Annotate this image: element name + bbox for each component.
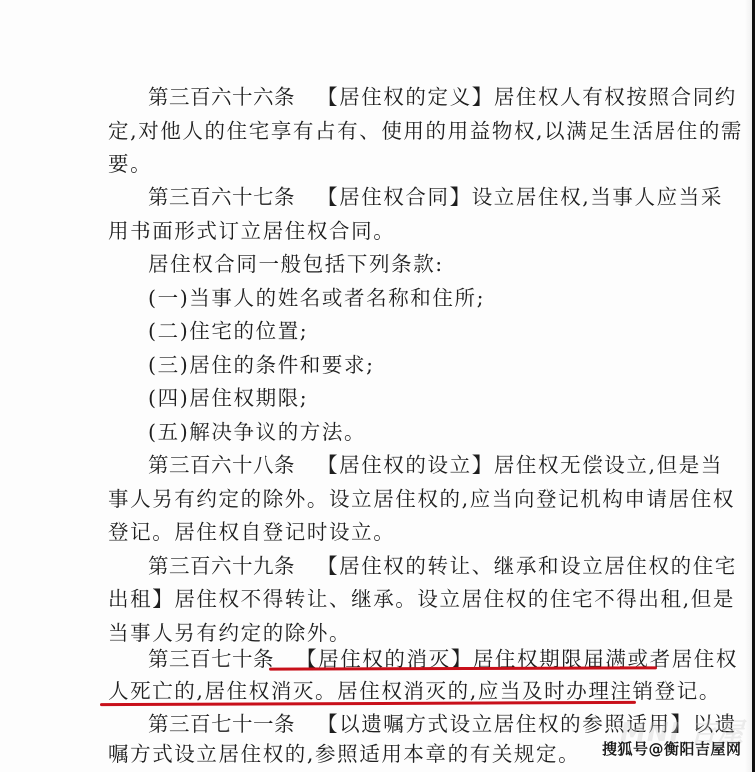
watermark-credit: 搜狐号@衡阳吉屋网 [602, 738, 742, 759]
article-371-line-2: 嘱方式设立居住权的,参照适用本章的有关规定。 [108, 741, 580, 767]
article-title: 【居住权合同】 [317, 185, 472, 209]
clause-item: (二)住宅的位置; [148, 318, 308, 344]
document-page: 第三百六十六条【居住权的定义】居住权人有权按照合同约 定,对他人的住宅享有占有、… [0, 0, 753, 772]
article-368-line-3: 登记。居住权自登记时设立。 [108, 519, 395, 545]
article-number: 第三百七十一条 [148, 712, 295, 736]
article-number: 第三百六十七条 [148, 185, 295, 209]
page-edge-shadow [745, 0, 752, 772]
article-text: 居住权不得转让、继承。设立居住权的住宅不得出租,但是 [174, 587, 735, 611]
article-number: 第三百七十条 [148, 647, 274, 671]
article-368-line-1: 第三百六十八条【居住权的设立】居住权无偿设立,但是当 [148, 452, 723, 478]
clause-item: (三)居住的条件和要求; [148, 352, 375, 378]
article-number: 第三百六十六条 [148, 85, 295, 109]
article-title: 【居住权的设立】 [317, 453, 494, 477]
clause-item: (四)居住权期限; [148, 385, 308, 411]
article-text: 设立居住权,当事人应当采 [472, 185, 723, 209]
article-title: 出租】 [108, 587, 174, 611]
article-366-line-2: 定,对他人的住宅享有占有、使用的用益物权,以满足生活居住的需 [108, 118, 743, 144]
article-369-line-3: 当事人另有约定的除外。 [108, 620, 351, 646]
clause-item: (一)当事人的姓名或者名称和住所; [148, 285, 485, 311]
article-366-line-3: 要。 [108, 151, 152, 177]
article-366-line-1: 第三百六十六条【居住权的定义】居住权人有权按照合同约 [148, 84, 737, 110]
article-369-line-1: 第三百六十九条【居住权的转让、继承和设立居住权的住宅 [148, 553, 737, 579]
article-367-line-2: 用书面形式订立居住权合同。 [108, 218, 395, 244]
clause-item: (五)解决争议的方法。 [148, 419, 366, 445]
article-368-line-2: 事人另有约定的除外。设立居住权的,应当向登记机构申请居住权 [108, 486, 735, 512]
article-number: 第三百六十九条 [148, 554, 295, 578]
article-367-line-1: 第三百六十七条【居住权合同】设立居住权,当事人应当采 [148, 184, 723, 210]
article-number: 第三百六十八条 [148, 453, 295, 477]
article-title: 【居住权的转让、继承和设立居住权的住宅 [317, 554, 737, 578]
article-367-sub-intro: 居住权合同一般包括下列条款: [148, 251, 444, 277]
page-right-border [752, 0, 755, 772]
article-369-line-2: 出租】居住权不得转让、继承。设立居住权的住宅不得出租,但是 [108, 586, 735, 612]
article-text: 居住权人有权按照合同约 [494, 85, 737, 109]
article-text: 居住权无偿设立,但是当 [494, 453, 723, 477]
article-title: 【居住权的定义】 [317, 85, 494, 109]
